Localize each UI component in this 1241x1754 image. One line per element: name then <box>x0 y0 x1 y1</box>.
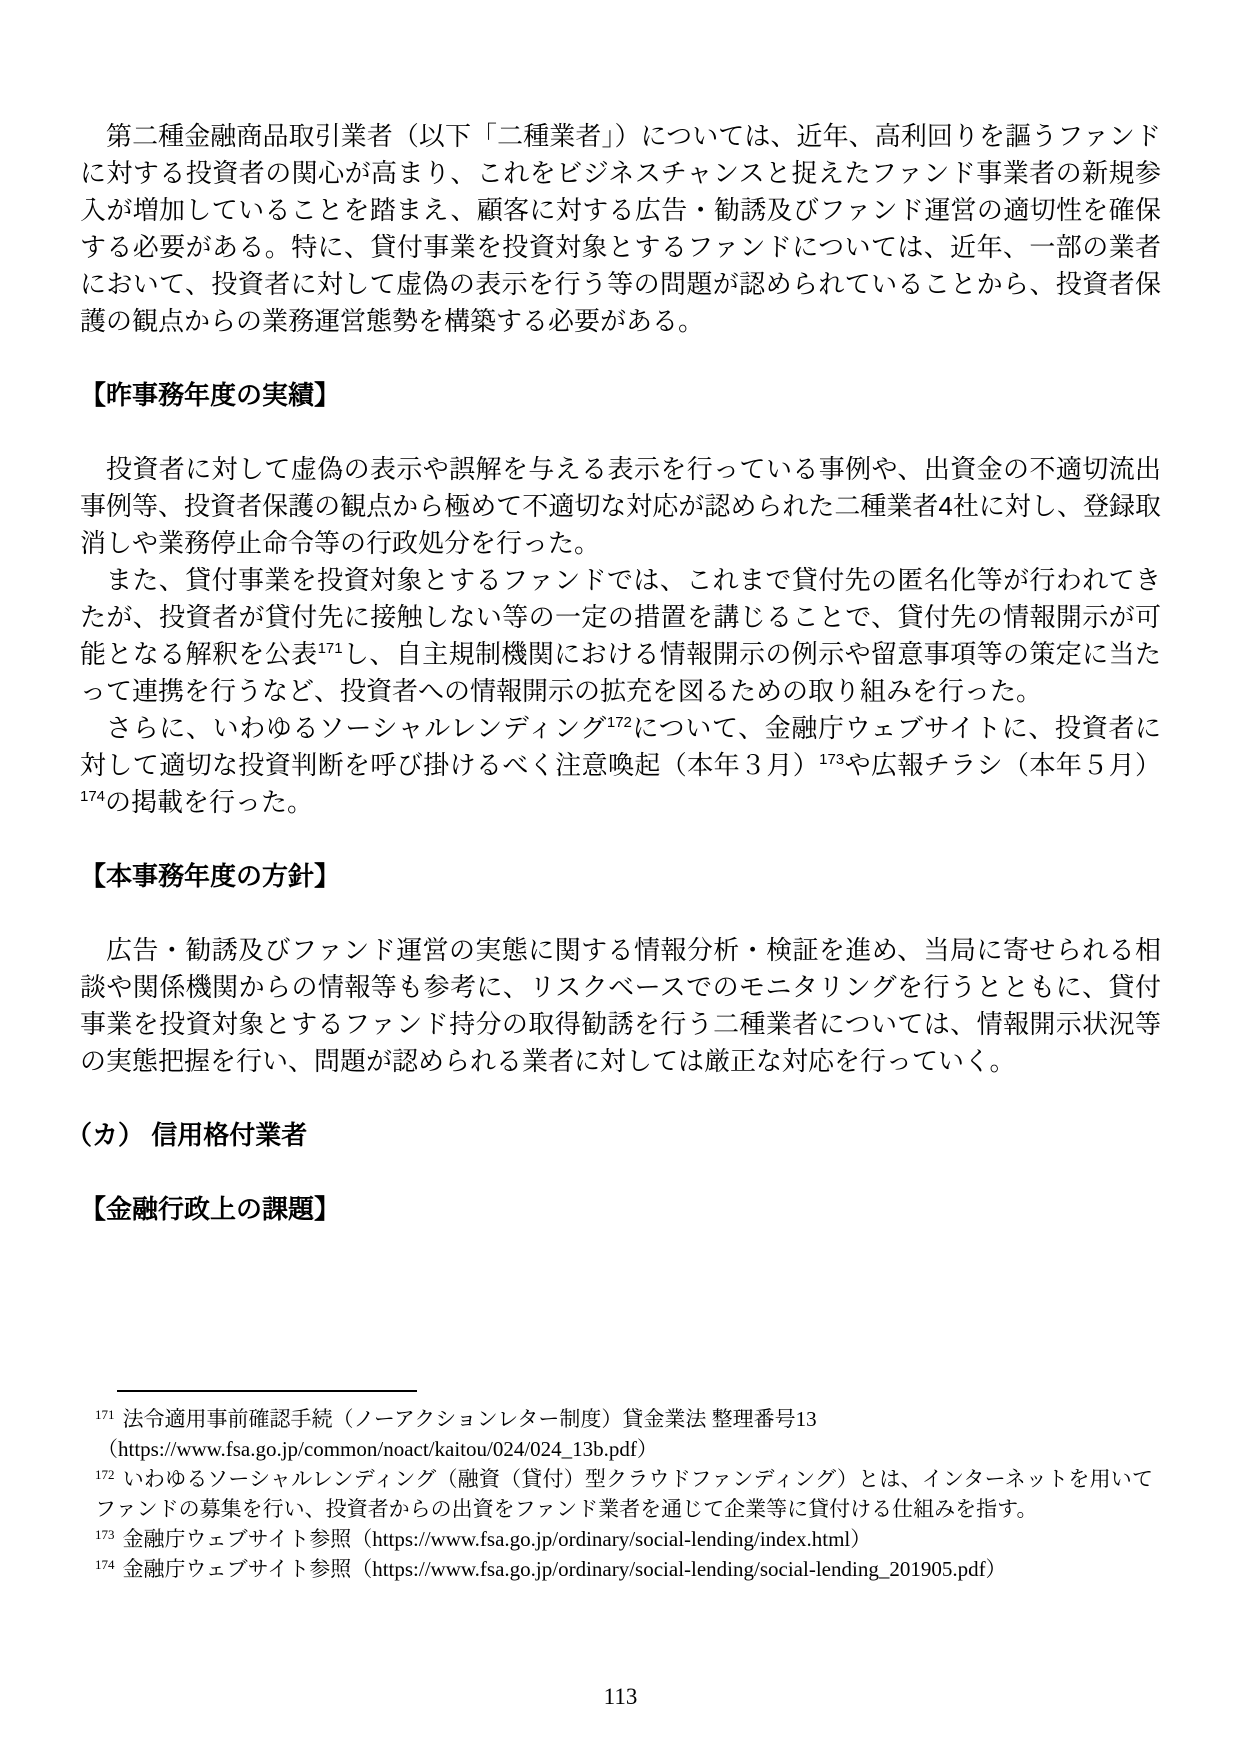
paragraph-social-lending-text-1: さらに、いわゆるソーシャルレンディング <box>106 713 607 743</box>
footnote-number-174: 174 <box>95 1557 115 1572</box>
footnote-separator <box>117 1390 417 1392</box>
paragraph-social-lending-text-3: や広報チラシ（本年５月） <box>844 750 1161 780</box>
heading-credit-rating-agencies: （カ） 信用格付業者 <box>66 1117 1161 1154</box>
paragraph-social-lending: さらに、いわゆるソーシャルレンディング172について、金融庁ウェブサイトに、投資… <box>80 710 1161 821</box>
heading-previous-fy-results: 【昨事務年度の実績】 <box>80 377 1161 414</box>
footnote-ref-171: 171 <box>318 640 343 657</box>
footnote-number-173: 173 <box>95 1527 115 1542</box>
footnotes-section: 171法令適用事前確認手続（ノーアクションレター制度）貸金業法 整理番号13 （… <box>95 1390 1153 1584</box>
paragraph-lending-funds: また、貸付事業を投資対象とするファンドでは、これまで貸付先の匿名化等が行われてき… <box>80 562 1161 710</box>
document-page: 第二種金融商品取引業者（以下「二種業者」）については、近年、高利回りを謳うファン… <box>0 0 1241 1754</box>
paragraph-admin-actions: 投資者に対して虚偽の表示や誤解を与える表示を行っている事例や、出資金の不適切流出… <box>80 451 1161 562</box>
paragraph-social-lending-text-4: の掲載を行った。 <box>105 787 313 817</box>
footnote-171: 171法令適用事前確認手続（ノーアクションレター制度）貸金業法 整理番号13 （… <box>95 1404 1153 1464</box>
page-body: 第二種金融商品取引業者（以下「二種業者」）については、近年、高利回りを謳うファン… <box>0 0 1241 1228</box>
footnote-text-174: 金融庁ウェブサイト参照（https://www.fsa.go.jp/ordina… <box>123 1557 1007 1581</box>
footnote-number-171: 171 <box>95 1407 115 1422</box>
footnote-url-171: （https://www.fsa.go.jp/common/noact/kait… <box>95 1434 1153 1464</box>
heading-financial-admin-issues: 【金融行政上の課題】 <box>80 1191 1161 1228</box>
footnote-text-171: 法令適用事前確認手続（ノーアクションレター制度）貸金業法 整理番号13 <box>123 1407 817 1431</box>
footnote-text-172: いわゆるソーシャルレンディング（融資（貸付）型クラウドファンディング）とは、イン… <box>95 1467 1153 1521</box>
footnote-172: 172いわゆるソーシャルレンディング（融資（貸付）型クラウドファンディング）とは… <box>95 1464 1153 1524</box>
footnote-number-172: 172 <box>95 1467 115 1482</box>
footnote-173: 173金融庁ウェブサイト参照（https://www.fsa.go.jp/ord… <box>95 1524 1153 1554</box>
footnote-ref-174: 174 <box>80 788 105 805</box>
footnote-ref-173: 173 <box>819 751 844 768</box>
footnote-174: 174金融庁ウェブサイト参照（https://www.fsa.go.jp/ord… <box>95 1554 1153 1584</box>
heading-current-fy-policy: 【本事務年度の方針】 <box>80 858 1161 895</box>
paragraph-monitoring-policy: 広告・勧誘及びファンド運営の実態に関する情報分析・検証を進め、当局に寄せられる相… <box>80 932 1161 1080</box>
page-number: 113 <box>0 1684 1241 1710</box>
footnote-text-173: 金融庁ウェブサイト参照（https://www.fsa.go.jp/ordina… <box>123 1527 872 1551</box>
footnote-ref-172: 172 <box>607 714 632 731</box>
paragraph-overview: 第二種金融商品取引業者（以下「二種業者」）については、近年、高利回りを謳うファン… <box>80 118 1161 340</box>
